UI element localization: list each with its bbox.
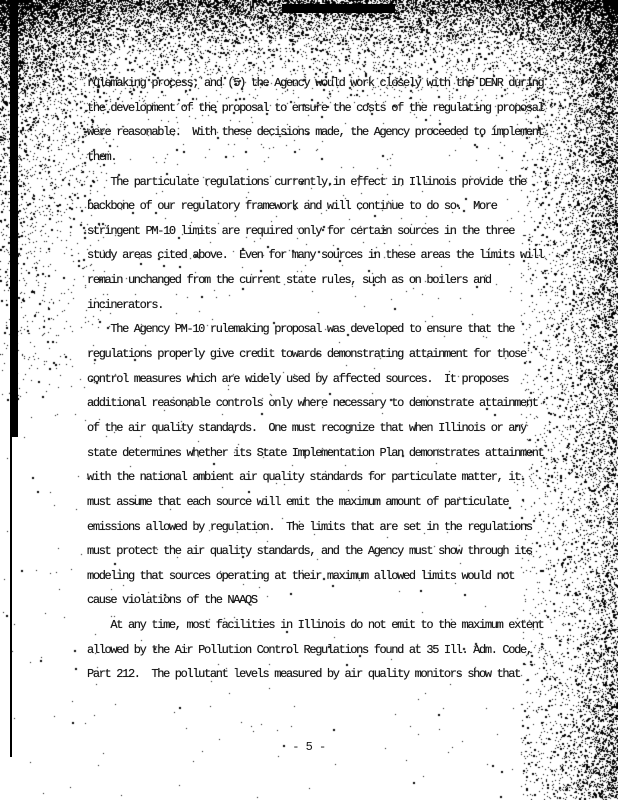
text-line: regulations properly give credit towards…: [87, 342, 557, 367]
text-line: must assume that each source will emit t…: [87, 490, 557, 515]
text-line: backbone of our regulatory framework and…: [87, 194, 557, 219]
text-line: stringent PM-10 limits are required only…: [87, 219, 557, 244]
scan-artifact-left-line: [10, 437, 12, 757]
text-line: cause violations of the NAAQS: [87, 588, 557, 613]
text-line: of the air quality standards. One must r…: [87, 416, 557, 441]
document-body-text: rulemaking process; and (5) the Agency w…: [87, 71, 557, 687]
text-line: the development of the proposal to ensur…: [87, 96, 557, 121]
scanned-document-page: rulemaking process; and (5) the Agency w…: [0, 0, 618, 800]
scan-artifact-top-bar: [282, 4, 395, 13]
scan-artifact-left-bar: [10, 0, 18, 437]
text-line: modeling that sources operating at their…: [87, 564, 557, 589]
text-line: with the national ambient air quality st…: [87, 465, 557, 490]
text-line: Part 212. The pollutant levels measured …: [87, 662, 557, 687]
text-line: control measures which are widely used b…: [87, 367, 557, 392]
text-line: were reasonable. With these decisions ma…: [87, 120, 557, 145]
text-line: emissions allowed by regulation. The lim…: [87, 515, 557, 540]
text-line: additional reasonable controls only wher…: [87, 391, 557, 416]
text-line: them.: [87, 145, 557, 170]
text-line: remain unchanged from the current state …: [87, 268, 557, 293]
text-line: rulemaking process; and (5) the Agency w…: [87, 71, 557, 96]
text-line: The particulate regulations currently in…: [87, 170, 557, 195]
page-number: - 5 -: [0, 740, 618, 754]
text-line: The Agency PM-10 rulemaking proposal was…: [87, 317, 557, 342]
text-line: study areas cited above. Even for many s…: [87, 243, 557, 268]
text-line: At any time, most facilities in Illinois…: [87, 613, 557, 638]
text-line: must protect the air quality standards, …: [87, 539, 557, 564]
text-line: state determines whether its State Imple…: [87, 441, 557, 466]
text-line: allowed by the Air Pollution Control Reg…: [87, 638, 557, 663]
text-line: incinerators.: [87, 293, 557, 318]
